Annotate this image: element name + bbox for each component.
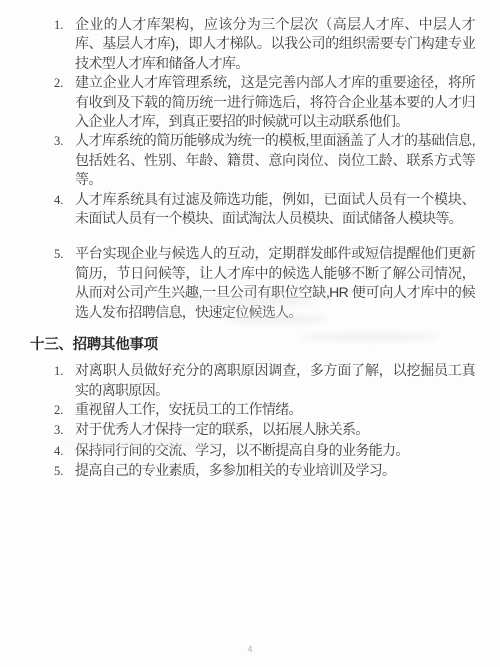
page-number: 4 [0, 644, 500, 654]
item-text: 重视留人工作，安抚员工的工作情绪。 [75, 400, 475, 419]
item-number: 1. [54, 361, 75, 381]
item-text: 人才库系统的简历能够成为统一的模板,里面涵盖了人才的基础信息,包括姓名、性别、年… [75, 131, 475, 189]
item-number: 2. [54, 400, 75, 420]
item-text: 人才库系统具有过滤及筛选功能，例如，已面试人员有一个模块、未面试人员有一个模块、… [75, 190, 475, 229]
talent-pool-list: 1. 企业的人才库架构，应该分为三个层次（高层人才库、中层人才库、基层人才库)，… [0, 0, 500, 322]
list-item: 4. 人才库系统具有过滤及筛选功能，例如，已面试人员有一个模块、未面试人员有一个… [54, 190, 480, 229]
item-text: 平台实现企业与候选人的互动，定期群发邮件或短信提醒他们更新简历，节日问候等，让人… [75, 244, 475, 322]
list-item: 5. 提高自己的专业素质，多参加相关的专业培训及学习。 [54, 461, 480, 481]
item-text: 建立企业人才库管理系统，这是完善内部人才库的重要途径，将所有收到及下载的简历统一… [75, 73, 475, 131]
list-item: 2. 重视留人工作，安抚员工的工作情绪。 [54, 400, 480, 420]
item-text: 提高自己的专业素质，多参加相关的专业培训及学习。 [75, 461, 475, 480]
item-text: 企业的人才库架构，应该分为三个层次（高层人才库、中层人才库、基层人才库)，即人才… [75, 15, 475, 73]
list-item: 1. 对离职人员做好充分的离职原因调查，多方面了解，以挖掘员工真实的离职原因。 [54, 361, 480, 400]
item-text: 对离职人员做好充分的离职原因调查，多方面了解，以挖掘员工真实的离职原因。 [75, 361, 475, 400]
list-item: 4. 保持同行间的交流、学习，以不断提高自身的业务能力。 [54, 441, 480, 461]
item-number: 4. [54, 441, 75, 461]
list-item: 3. 对于优秀人才保持一定的联系，以拓展人脉关系。 [54, 420, 480, 440]
item-number: 1. [54, 15, 75, 35]
item-number: 4. [54, 190, 75, 210]
item-number: 3. [54, 420, 75, 440]
item-text: 保持同行间的交流、学习，以不断提高自身的业务能力。 [75, 441, 475, 460]
list-item: 5. 平台实现企业与候选人的互动，定期群发邮件或短信提醒他们更新简历，节日问候等… [54, 244, 480, 322]
item-text: 对于优秀人才保持一定的联系，以拓展人脉关系。 [75, 420, 475, 439]
item-number: 2. [54, 73, 75, 93]
section-heading: 十三、招聘其他事项 [30, 333, 500, 354]
item-number: 3. [54, 131, 75, 151]
list-item: 2. 建立企业人才库管理系统，这是完善内部人才库的重要途径，将所有收到及下载的简… [54, 73, 480, 131]
item-number: 5. [54, 461, 75, 481]
list-item: 1. 企业的人才库架构，应该分为三个层次（高层人才库、中层人才库、基层人才库)，… [54, 15, 480, 73]
document-page: 1. 企业的人才库架构，应该分为三个层次（高层人才库、中层人才库、基层人才库)，… [0, 0, 500, 667]
other-matters-list: 1. 对离职人员做好充分的离职原因调查，多方面了解，以挖掘员工真实的离职原因。 … [0, 361, 500, 481]
list-item: 3. 人才库系统的简历能够成为统一的模板,里面涵盖了人才的基础信息,包括姓名、性… [54, 131, 480, 189]
item-number: 5. [54, 244, 75, 264]
